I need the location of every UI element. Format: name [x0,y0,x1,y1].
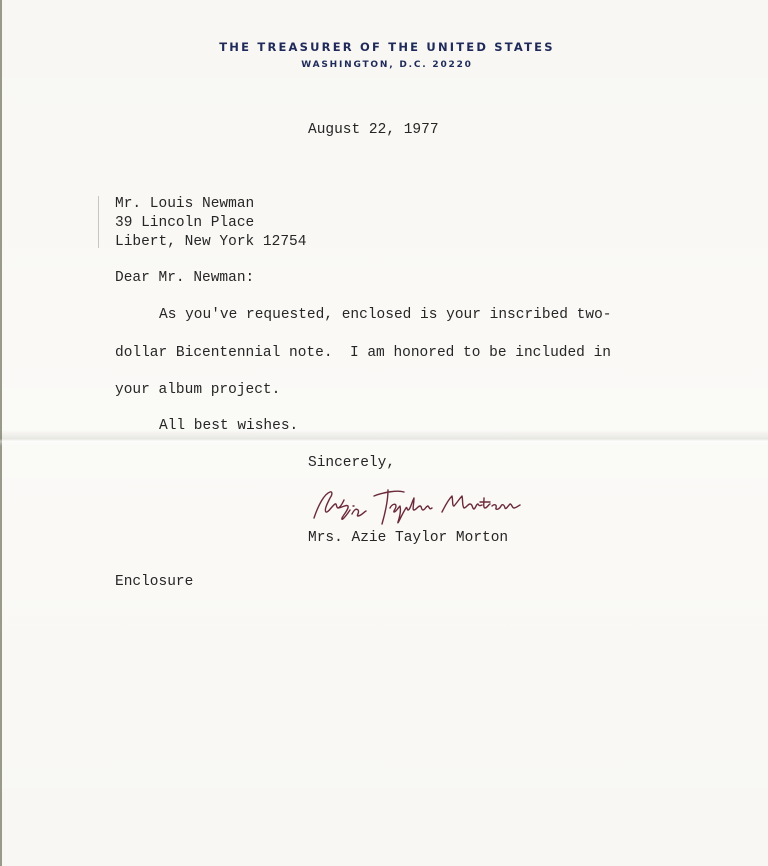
letterhead-title: THE TREASURER OF THE UNITED STATES [6,40,768,54]
letter-date: August 22, 1977 [308,121,439,139]
margin-mark [98,196,99,248]
body-line: dollar Bicentennial note. I am honored t… [115,344,611,362]
enclosure-notation: Enclosure [115,573,193,591]
salutation: Dear Mr. Newman: [115,269,254,287]
letterhead-address: WASHINGTON, D.C. 20220 [6,60,768,70]
signer-name: Mrs. Azie Taylor Morton [308,529,508,547]
valediction: Sincerely, [308,454,395,472]
paper-fold-crease [0,430,768,446]
body-line: your album project. [115,381,280,399]
body-line: As you've requested, enclosed is your in… [159,306,611,324]
recipient-street: 39 Lincoln Place [115,214,254,232]
recipient-city: Libert, New York 12754 [115,233,306,251]
recipient-name: Mr. Louis Newman [115,195,254,213]
letterhead: THE TREASURER OF THE UNITED STATES WASHI… [0,40,768,70]
closing-wish: All best wishes. [159,417,298,435]
signature-handwritten [308,484,528,528]
